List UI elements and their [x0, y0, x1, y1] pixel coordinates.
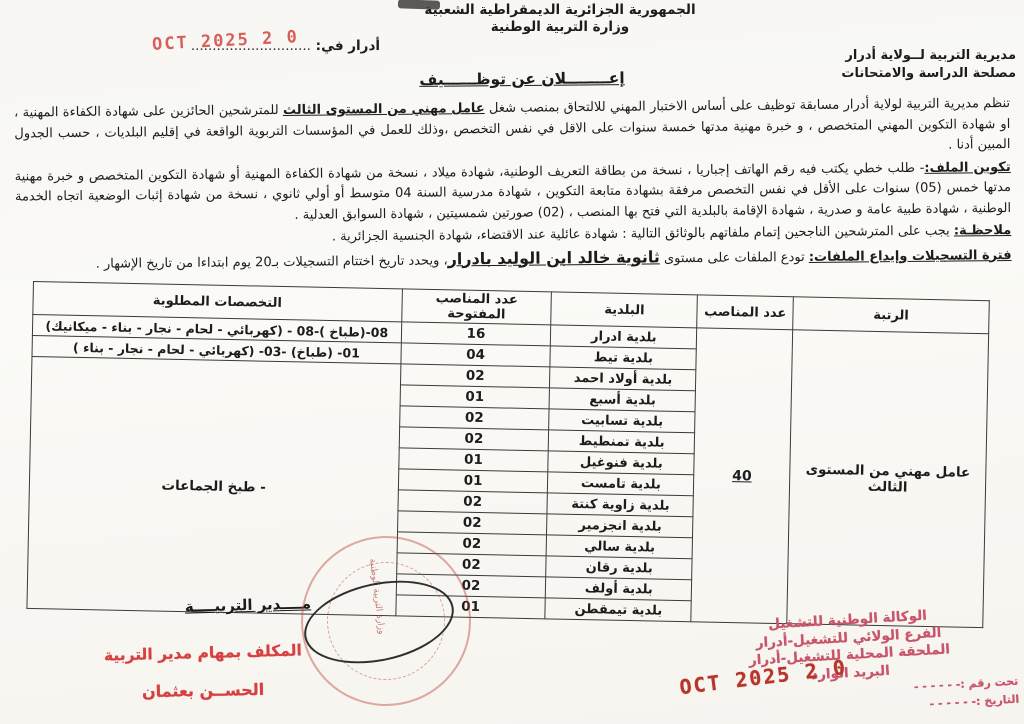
period-before: تودع الملفات على مستوى — [660, 249, 809, 265]
directorate-title: مديرية التربية لــولاية أدرار — [841, 47, 1016, 65]
positions-table-body: عامل مهني من المستوى الثالث40بلدية ادرار… — [27, 315, 989, 628]
note-text: يجب على المترشحين الناجحين إتمام ملفاتهم… — [332, 224, 954, 245]
period-school-name: ثانوية خالد ابن الوليد بادرار — [448, 247, 660, 268]
announcement-title: إعــــــــلان عن توظــــــيف — [312, 68, 732, 90]
header-open-positions: عدد المناصب المفتوحة — [401, 289, 551, 325]
municipality-cell: بلدية تيط — [550, 346, 696, 370]
body-text: تنظم مديرية التربية لولاية أدرار مسابقة … — [14, 94, 1012, 278]
open-count-cell: 16 — [401, 322, 551, 346]
municipality-cell: بلدية تامست — [548, 472, 694, 496]
intro-paragraph: تنظم مديرية التربية لولاية أدرار مسابقة … — [14, 94, 1011, 165]
place-date-label: أدرار في: — [316, 38, 380, 54]
dossier-text: - طلب خطي يكتب فيه رقم الهاتف إجباريا ، … — [15, 160, 1011, 222]
period-after: ، ويحدد تاريخ اختتام التسجيلات بـ20 يوم … — [96, 253, 448, 271]
header-total-positions: عدد المناصب — [697, 295, 794, 330]
note-label: ملاحظـة: — [954, 223, 1012, 239]
ministry-title: وزارة التربية الوطنية — [330, 19, 790, 36]
open-count-cell: 01 — [398, 448, 548, 472]
intro-rank-underlined: عامل مهني من المستوى الثالث — [283, 101, 485, 118]
period-label: فترة التسجيلات وإيداع الملفات: — [809, 247, 1012, 264]
open-count-cell: 01 — [398, 469, 548, 493]
municipality-cell: بلدية تمنطيط — [549, 430, 695, 454]
header-right: مديرية التربية لــولاية أدرار مصلحة الدر… — [841, 47, 1016, 83]
open-count-cell: 02 — [400, 364, 550, 388]
municipality-cell: بلدية زاوية كنتة — [547, 493, 693, 517]
municipality-cell: بلدية تيمقطن — [545, 598, 691, 622]
municipality-cell: بلدية أولاد احمد — [550, 367, 696, 391]
municipality-cell: بلدية أولف — [546, 577, 692, 601]
scan-smudge — [398, 0, 440, 10]
open-count-cell: 02 — [397, 511, 547, 535]
agency-stamp: الوكالة الوطنية للتشغيل الفرع الولائي لل… — [680, 603, 1019, 724]
service-title: مصلحة الدراسة والامتحانات — [841, 65, 1016, 83]
open-count-cell: 01 — [400, 385, 550, 409]
municipality-cell: بلدية ادرار — [551, 325, 697, 349]
dossier-label: تكوين الملف: — [924, 159, 1010, 175]
header-rank: الرتبة — [793, 297, 989, 334]
municipality-cell: بلدية فنوغيل — [548, 451, 694, 475]
dossier-paragraph: تكوين الملف:- طلب خطي يكتب فيه رقم الهات… — [15, 157, 1012, 228]
municipality-cell: بلدية تسابيت — [549, 409, 695, 433]
positions-table-wrap: الرتبة عدد المناصب البلدية عدد المناصب ا… — [26, 281, 989, 628]
municipality-cell: بلدية انجزمير — [547, 514, 693, 538]
total-count-cell: 40 — [691, 328, 793, 624]
open-count-cell: 02 — [399, 427, 549, 451]
municipality-cell: بلدية رقان — [546, 556, 692, 580]
municipality-cell: بلدية سالي — [547, 535, 693, 559]
intro-part1: تنظم مديرية التربية لولاية أدرار مسابقة … — [485, 96, 1011, 116]
open-count-cell: 04 — [400, 343, 550, 367]
open-count-cell: 02 — [399, 406, 549, 430]
municipality-cell: بلدية أسبع — [549, 388, 695, 412]
positions-table: الرتبة عدد المناصب البلدية عدد المناصب ا… — [26, 281, 989, 628]
scanned-document-page: الجمهورية الجزائرية الديمقراطية الشعبية … — [0, 0, 1024, 724]
rank-cell: عامل مهني من المستوى الثالث — [787, 330, 989, 628]
signature-stamp-name: الحســن بعثمان — [142, 680, 264, 701]
signature-stamp-function: المكلف بمهام مدير التربية — [104, 641, 302, 664]
open-count-cell: 02 — [398, 490, 548, 514]
header-municipality: البلدية — [551, 292, 697, 328]
